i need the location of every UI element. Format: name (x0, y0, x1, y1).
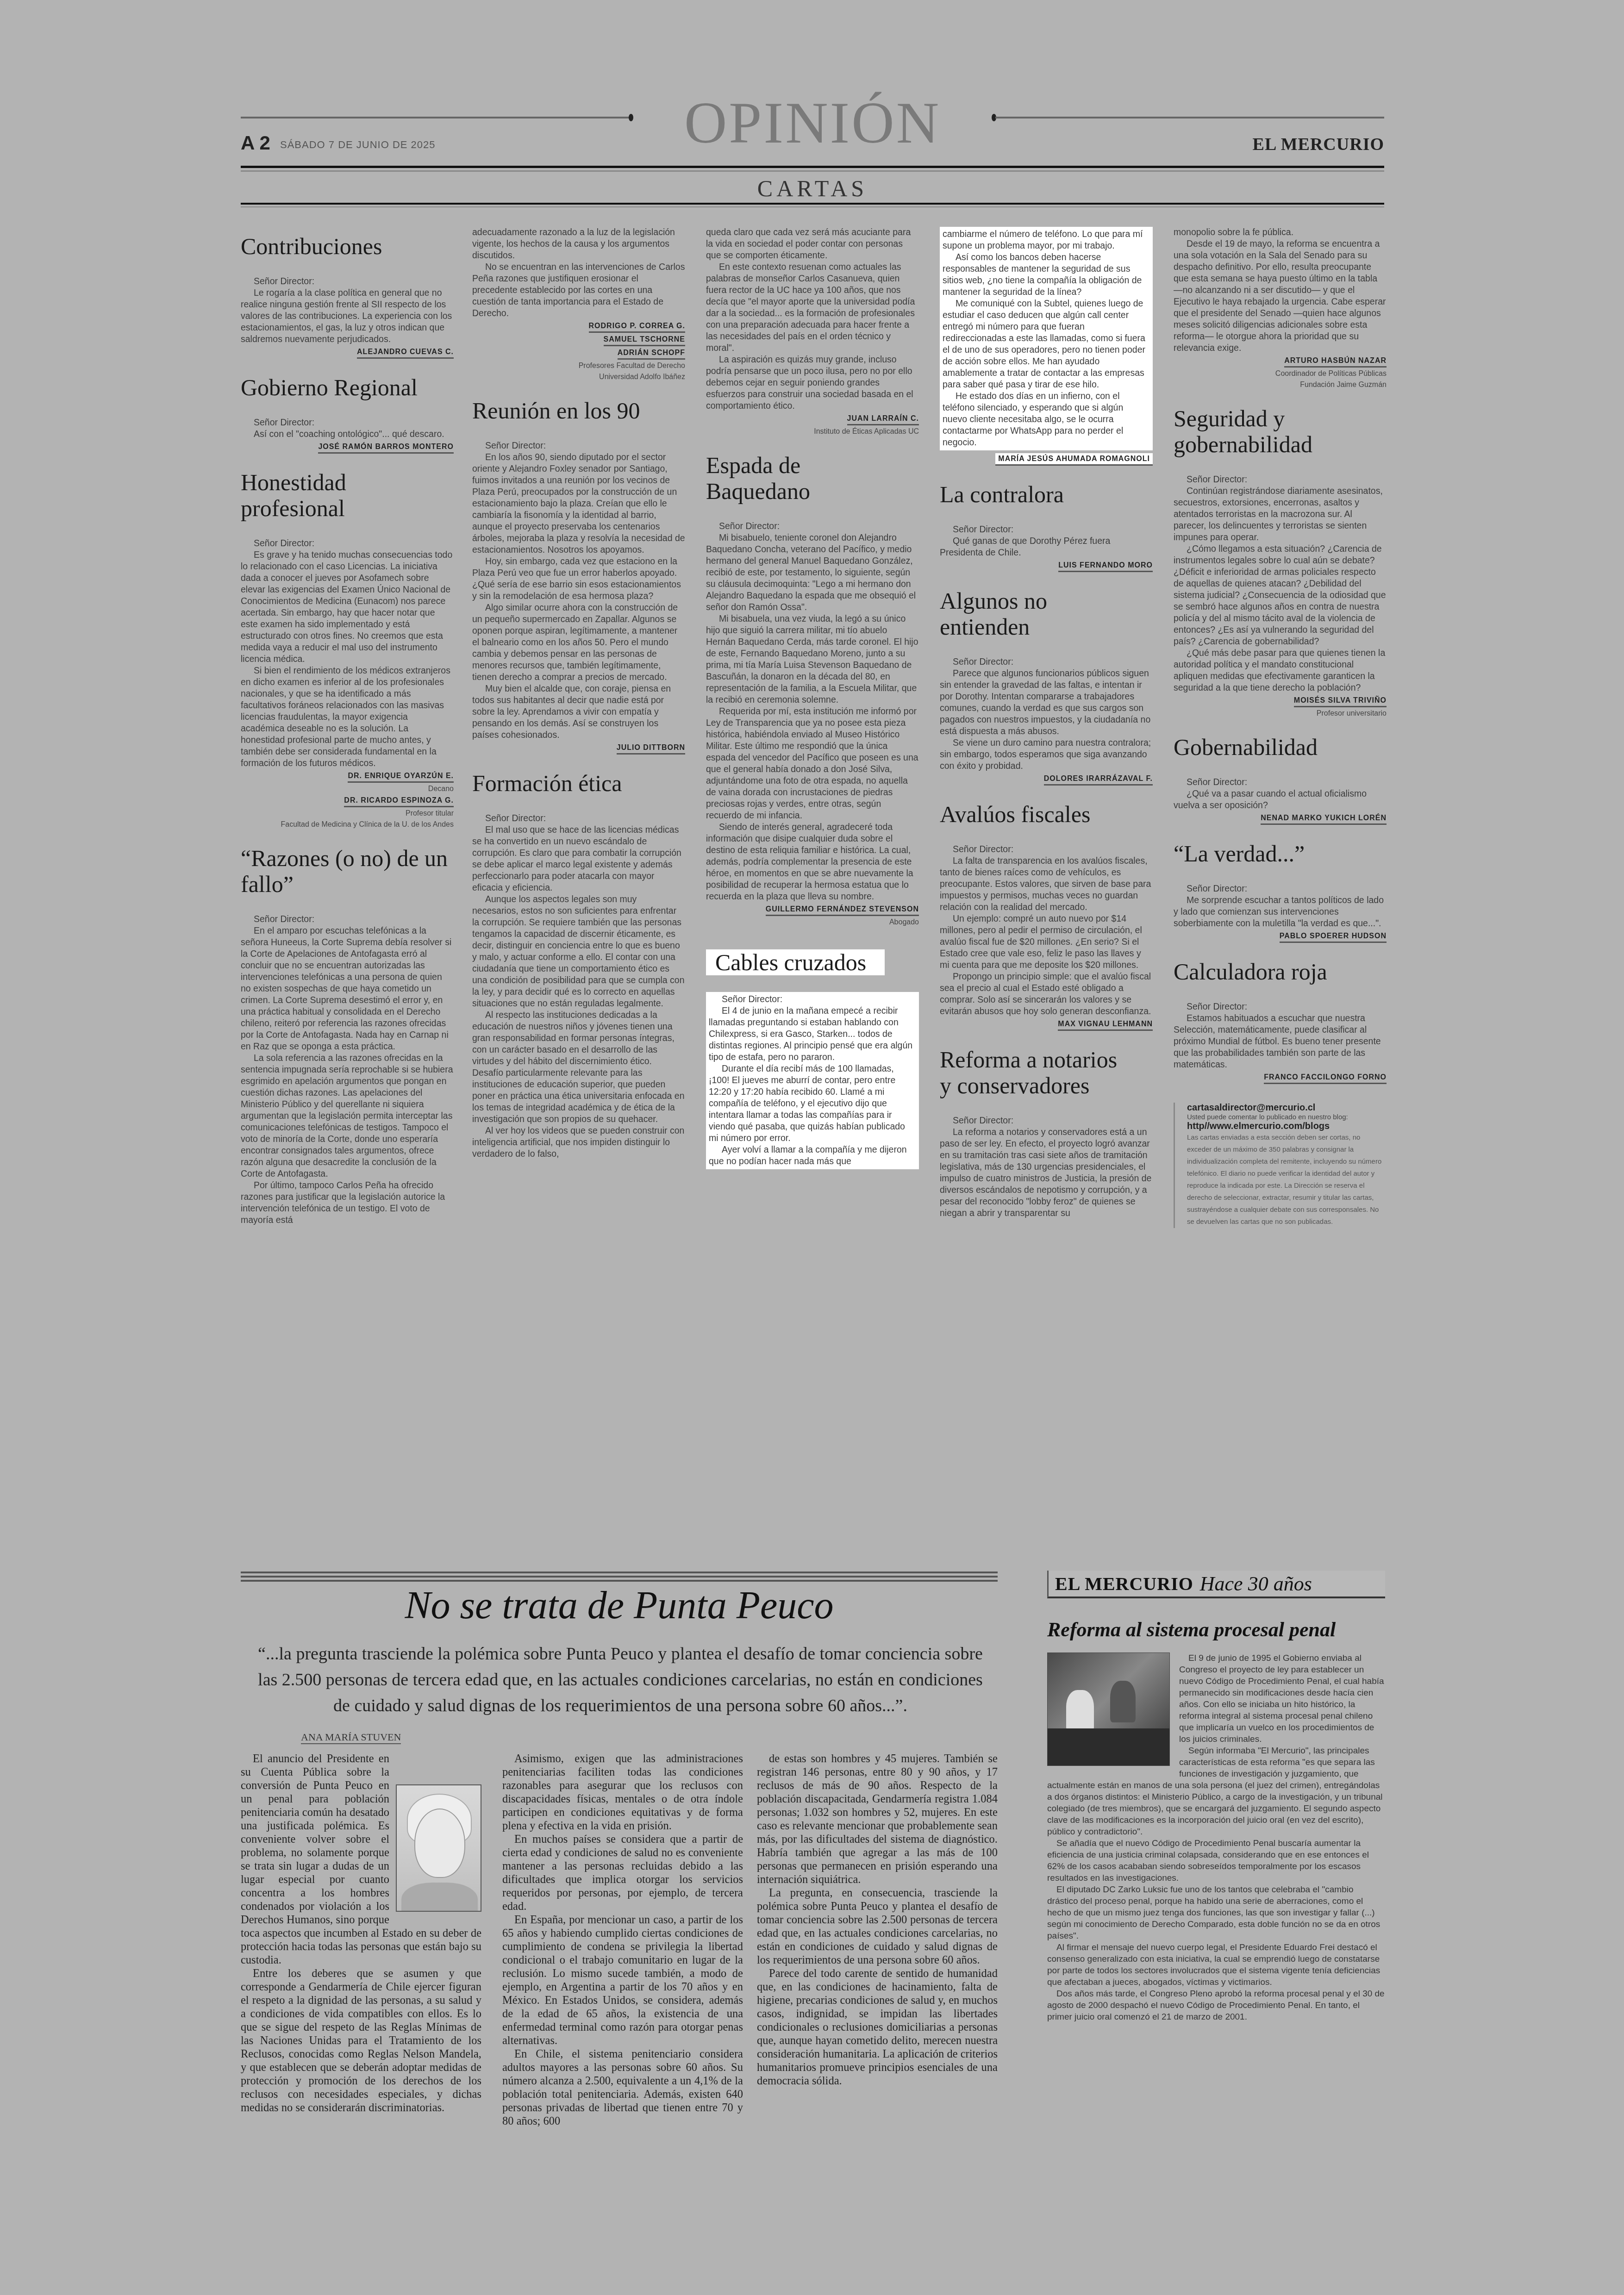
hace-30-anos-box: EL MERCURIO Hace 30 años Reforma al sist… (1047, 1571, 1385, 2023)
blog-url-link[interactable]: http//www.elmercurio.com/blogs (1187, 1121, 1387, 1132)
letter-seguridad-gobernabilidad: Seguridad y gobernabilidad Señor Directo… (1174, 405, 1387, 718)
letter-body: Me sorprende escuchar a tantos políticos… (1174, 895, 1387, 929)
signature: MAX VIGNAU LEHMANN (1058, 1020, 1153, 1031)
column-3: queda claro que cada vez será más acucia… (706, 227, 919, 1185)
letter-gobierno-regional: Gobierno Regional Señor Director: Así co… (241, 374, 454, 454)
signature-role: Decano (241, 785, 454, 794)
letter-paragraph: Ayer volví a llamar a la compañía y me d… (709, 1144, 916, 1167)
letter-paragraph: Siendo de interés general, agradeceré to… (706, 822, 919, 903)
letter-algunos-no-entienden: Algunos no entienden Señor Director: Par… (940, 588, 1153, 786)
signature: GUILLERMO FERNÁNDEZ STEVENSON (766, 905, 919, 916)
letter-title: Gobernabilidad (1174, 734, 1387, 760)
letter-paragraph: monopolio sobre la fe pública. (1174, 227, 1387, 238)
archive-photo (1047, 1653, 1170, 1766)
letter-reforma-notarios-continued: monopolio sobre la fe pública. Desde el … (1174, 227, 1387, 390)
letter-calculadora-roja: Calculadora roja Señor Director: Estamos… (1174, 959, 1387, 1084)
salutation: Señor Director: (1174, 883, 1387, 895)
highlighted-letter-body: Señor Director: El 4 de junio en la maña… (706, 992, 919, 1169)
hace-30-title: Reforma al sistema procesal penal (1047, 1618, 1385, 1641)
affiliation: Instituto de Éticas Aplicadas UC (706, 427, 919, 437)
signature: MOISÉS SILVA TRIVIÑO (1294, 697, 1387, 707)
affiliation: Coordinador de Políticas Públicas (1174, 369, 1387, 379)
author-portrait (396, 1784, 481, 1912)
letter-body: Qué ganas de que Dorothy Pérez fuera Pre… (940, 536, 1153, 559)
opinion-divider (241, 1572, 998, 1584)
signature: LUIS FERNANDO MORO (1058, 561, 1153, 572)
letter-la-verdad: “La verdad...” Señor Director: Me sorpre… (1174, 841, 1387, 943)
column-5: monopolio sobre la fe pública. Desde el … (1174, 227, 1387, 1228)
letter-title: Reunión en los 90 (472, 398, 685, 424)
opinion-paragraph: Entre los deberes que se asumen y que co… (241, 1967, 481, 2114)
letter-paragraph: El mal uso que se hace de las licencias … (472, 824, 685, 894)
salutation: Señor Director: (472, 440, 685, 452)
page-header: OPINIÓN A 2 SÁBADO 7 DE JUNIO DE 2025 EL… (241, 88, 1384, 208)
letter-title: Formación ética (472, 770, 685, 796)
letter-title: “Razones (o no) de un fallo” (241, 845, 454, 897)
column-1: Contribuciones Señor Director: Le rogarí… (241, 227, 454, 1242)
affiliation: Abogado (706, 918, 919, 927)
letter-paragraph: adecuadamente razonado a la luz de la le… (472, 227, 685, 262)
page-number: A 2 (241, 132, 270, 154)
affiliation: Fundación Jaime Guzmán (1174, 380, 1387, 390)
letter-paragraph: Continúan registrándose diariamente ases… (1174, 486, 1387, 543)
letter-paragraph: Es grave y ha tenido muchas consecuencia… (241, 549, 454, 665)
salutation: Señor Director: (940, 1115, 1153, 1127)
letter-paragraph: La sola referencia a las razones ofrecid… (241, 1053, 454, 1180)
opinion-column-2: Asimismo, exigen que las administracione… (502, 1752, 743, 2128)
hace-30-paragraph: Al firmar el mensaje del nuevo cuerpo le… (1047, 1942, 1385, 1988)
letter-paragraph: Si bien el rendimiento de los médicos ex… (241, 665, 454, 769)
letter-body: Así con el "coaching ontológico"... qué … (241, 429, 454, 440)
letter-paragraph: ¿Qué más debe pasar para que quienes tie… (1174, 648, 1387, 694)
blog-label: Usted puede comentar lo publicado en nue… (1187, 1113, 1387, 1121)
letter-paragraph: No se encuentran en las intervenciones d… (472, 262, 685, 319)
salutation: Señor Director: (472, 813, 685, 824)
column-2: adecuadamente razonado a la luz de la le… (472, 227, 685, 1176)
letter-gobernabilidad: Gobernabilidad Señor Director: ¿Qué va a… (1174, 734, 1387, 825)
salutation: Señor Director: (940, 656, 1153, 668)
letter-paragraph: Algo similar ocurre ahora con la constru… (472, 602, 685, 683)
letter-formacion-etica: Formación ética Señor Director: El mal u… (472, 770, 685, 1160)
opinion-paragraph: de estas son hombres y 45 mujeres. Tambi… (757, 1752, 998, 1886)
opinion-title: No se trata de Punta Peuco (241, 1583, 998, 1628)
opinion-pull-quote: “...la pregunta trasciende la polémica s… (250, 1641, 991, 1719)
opinion-column-3: de estas son hombres y 45 mujeres. Tambi… (757, 1752, 998, 2088)
signature: NENAD MARKO YUKICH LORÉN (1261, 814, 1387, 825)
signature: RODRIGO P. CORREA G. (589, 322, 685, 333)
letter-paragraph: Mi bisabuelo, teniente coronel don Aleja… (706, 532, 919, 613)
opinion-paragraph: En Chile, el sistema penitenciario consi… (502, 2047, 743, 2128)
subsection-divider (241, 203, 1384, 205)
letter-avaluos-fiscales: Avalúos fiscales Señor Director: La falt… (940, 801, 1153, 1031)
affiliation: Profesor universitario (1174, 709, 1387, 718)
highlighted-letter-body: cambiarme el número de teléfono. Lo que … (940, 227, 1153, 450)
letter-paragraph: El 4 de junio en la mañana empecé a reci… (709, 1005, 916, 1063)
salutation: Señor Director: (241, 417, 454, 429)
letter-paragraph: Requerida por mí, esta institución me in… (706, 706, 919, 822)
letter-paragraph: Me comuniqué con la Subtel, quienes lueg… (943, 298, 1150, 391)
opinion-paragraph: En muchos países se considera que a part… (502, 1833, 743, 1913)
letter-paragraph: La falta de transparencia en los avalúos… (940, 855, 1153, 913)
letter-cables-cruzados: Cables cruzados Señor Director: El 4 de … (706, 943, 919, 1169)
letter-paragraph: En los años 90, siendo diputado por el s… (472, 452, 685, 556)
letter-paragraph: Muy bien el alcalde que, con coraje, pie… (472, 683, 685, 741)
signature: DR. RICARDO ESPINOZA G. (344, 797, 454, 807)
letter-title: La contralora (940, 481, 1153, 507)
hace-30-paragraph: Dos años más tarde, el Congreso Pleno ap… (1047, 1988, 1385, 2023)
salutation: Señor Director: (241, 276, 454, 287)
signature: DOLORES IRARRÁZAVAL F. (1044, 775, 1153, 786)
signature: SAMUEL TSCHORNE (604, 336, 686, 346)
hace-30-banner: EL MERCURIO Hace 30 años (1047, 1571, 1385, 1598)
letter-paragraph: Desde el 19 de mayo, la reforma se encue… (1174, 238, 1387, 354)
letter-razones-continued: adecuadamente razonado a la luz de la le… (472, 227, 685, 382)
letter-paragraph: ¿Cómo llegamos a esta situación? ¿Carenc… (1174, 543, 1387, 648)
opinion-paragraph: La pregunta, en consecuencia, trasciende… (757, 1886, 998, 1967)
letter-title: Avalúos fiscales (940, 801, 1153, 827)
letter-reforma-notarios: Reforma a notarios y conservadores Señor… (940, 1047, 1153, 1219)
letter-title: Gobierno Regional (241, 374, 454, 400)
signature: FRANCO FACCILONGO FORNO (1264, 1073, 1387, 1084)
signature: ADRIÁN SCHOPF (618, 349, 685, 360)
letter-title: “La verdad...” (1174, 841, 1387, 867)
letter-paragraph: Se viene un duro camino para nuestra con… (940, 737, 1153, 772)
letter-body: Estamos habituados a escuchar que nuestr… (1174, 1013, 1387, 1071)
signature-role: Profesor titular (241, 809, 454, 818)
letter-paragraph: Un ejemplo: compré un auto nuevo por $14… (940, 913, 1153, 971)
salutation: Señor Director: (1174, 474, 1387, 486)
letter-reunion-90: Reunión en los 90 Señor Director: En los… (472, 398, 685, 755)
banner-brand: EL MERCURIO (1055, 1573, 1193, 1595)
letter-title: Seguridad y gobernabilidad (1174, 405, 1340, 457)
salutation: Señor Director: (1174, 1001, 1387, 1013)
letter-la-contralora: La contralora Señor Director: Qué ganas … (940, 481, 1153, 572)
affiliation: Facultad de Medicina y Clínica de la U. … (241, 820, 454, 829)
header-rule-right (995, 117, 1384, 118)
letter-contribuciones: Contribuciones Señor Director: Le rogarí… (241, 233, 454, 359)
opinion-paragraph: Parece del todo carente de sentido de hu… (757, 1967, 998, 2088)
salutation: Señor Director: (706, 521, 919, 532)
salutation: Señor Director: (241, 538, 454, 549)
banner-script: Hace 30 años (1200, 1572, 1312, 1596)
salutation: Señor Director: (940, 524, 1153, 536)
letter-paragraph: Parece que algunos funcionarios públicos… (940, 668, 1153, 737)
letter-espada-baquedano: Espada de Baquedano Señor Director: Mi b… (706, 452, 919, 927)
letter-paragraph: Propongo un principio simple: que el ava… (940, 971, 1153, 1017)
letter-title: Espada de Baquedano (706, 452, 845, 504)
signature: ALEJANDRO CUEVAS C. (357, 348, 454, 359)
letter-paragraph: La reforma a notarios y conservadores es… (940, 1127, 1153, 1219)
letter-title: Calculadora roja (1174, 959, 1387, 985)
contact-email-link[interactable]: cartasaldirector@mercurio.cl (1187, 1103, 1387, 1113)
letter-paragraph: Hoy, sin embargo, cada vez que estaciono… (472, 556, 685, 602)
subsection-title: CARTAS (241, 175, 1384, 202)
letter-paragraph: Mi bisabuela, una vez viuda, la legó a s… (706, 613, 919, 706)
letter-razones: “Razones (o no) de un fallo” Señor Direc… (241, 845, 454, 1226)
affiliation: Universidad Adolfo Ibáñez (472, 373, 685, 382)
salutation: Señor Director: (1174, 777, 1387, 788)
letter-title: Cables cruzados (706, 949, 885, 975)
letter-paragraph: Por último, tampoco Carlos Peña ha ofrec… (241, 1180, 454, 1226)
letter-paragraph: Al respecto las instituciones dedicadas … (472, 1010, 685, 1125)
letter-title: Honestidad profesional (241, 469, 454, 521)
letter-body: ¿Qué va a pasar cuando el actual oficial… (1174, 788, 1387, 811)
letter-paragraph: queda claro que cada vez será más acucia… (706, 227, 919, 262)
subsection-divider-thin (241, 206, 1384, 207)
header-divider-thin (241, 170, 1384, 172)
salutation: Señor Director: (241, 914, 454, 925)
letter-paragraph: Así como los bancos deben hacerse respon… (943, 252, 1150, 298)
letter-body: Le rogaría a la clase política en genera… (241, 287, 454, 345)
hace-30-paragraph: El diputado DC Zarko Luksic fue uno de l… (1047, 1884, 1385, 1942)
salutation: Señor Director: (940, 844, 1153, 855)
signature: MARÍA JESÚS AHUMADA ROMAGNOLI (995, 453, 1153, 466)
issue-date: SÁBADO 7 DE JUNIO DE 2025 (280, 139, 436, 151)
hace-30-paragraph: Se añadía que el nuevo Código de Procedi… (1047, 1838, 1385, 1884)
letter-formacion-continued: queda claro que cada vez será más acucia… (706, 227, 919, 437)
affiliation: Profesores Facultad de Derecho (472, 362, 685, 371)
letter-paragraph: Durante el día recibí más de 100 llamada… (709, 1063, 916, 1144)
letter-paragraph: En este contexto resuenan como actuales … (706, 262, 919, 354)
salutation: Señor Director: (709, 994, 916, 1005)
letters-policy: Las cartas enviadas a esta sección deben… (1187, 1132, 1387, 1228)
opinion-author: ANA MARÍA STUVEN (301, 1731, 401, 1744)
letter-paragraph: cambiarme el número de teléfono. Lo que … (943, 229, 1150, 252)
letter-title: Algunos no entienden (940, 588, 1079, 640)
opinion-column-1: El anuncio del Presidente en su Cuenta P… (241, 1752, 481, 2114)
signature: JOSÉ RAMÓN BARROS MONTERO (318, 443, 454, 454)
signature: DR. ENRIQUE OYARZÚN E. (348, 772, 454, 783)
opinion-paragraph: Asimismo, exigen que las administracione… (502, 1752, 743, 1833)
letter-paragraph: La aspiración es quizás muy grande, incl… (706, 354, 919, 412)
signature: JULIO DITTBORN (617, 744, 685, 755)
signature: JUAN LARRAÍN C. (847, 415, 919, 425)
letter-paragraph: He estado dos días en un infierno, con e… (943, 391, 1150, 449)
opinion-paragraph: En España, por mencionar un caso, a part… (502, 1913, 743, 2047)
signature: PABLO SPOERER HUDSON (1280, 932, 1387, 943)
letter-title: Reforma a notarios y conservadores (940, 1047, 1134, 1098)
letter-honestidad-profesional: Honestidad profesional Señor Director: E… (241, 469, 454, 829)
signature: ARTURO HASBÚN NAZAR (1284, 357, 1387, 368)
header-divider (241, 166, 1384, 168)
letter-title: Contribuciones (241, 233, 454, 259)
letter-cables-continued: cambiarme el número de teléfono. Lo que … (940, 227, 1153, 466)
letter-paragraph: Aunque los aspectos legales son muy nece… (472, 894, 685, 1010)
newspaper-brand: EL MERCURIO (1253, 134, 1384, 155)
column-4: cambiarme el número de teléfono. Lo que … (940, 227, 1153, 1235)
letter-paragraph: En el amparo por escuchas telefónicas a … (241, 925, 454, 1053)
letter-paragraph: Al ver hoy los videos que se pueden cons… (472, 1125, 685, 1160)
letters-contact-box: cartasaldirector@mercurio.cl Usted puede… (1174, 1103, 1387, 1228)
